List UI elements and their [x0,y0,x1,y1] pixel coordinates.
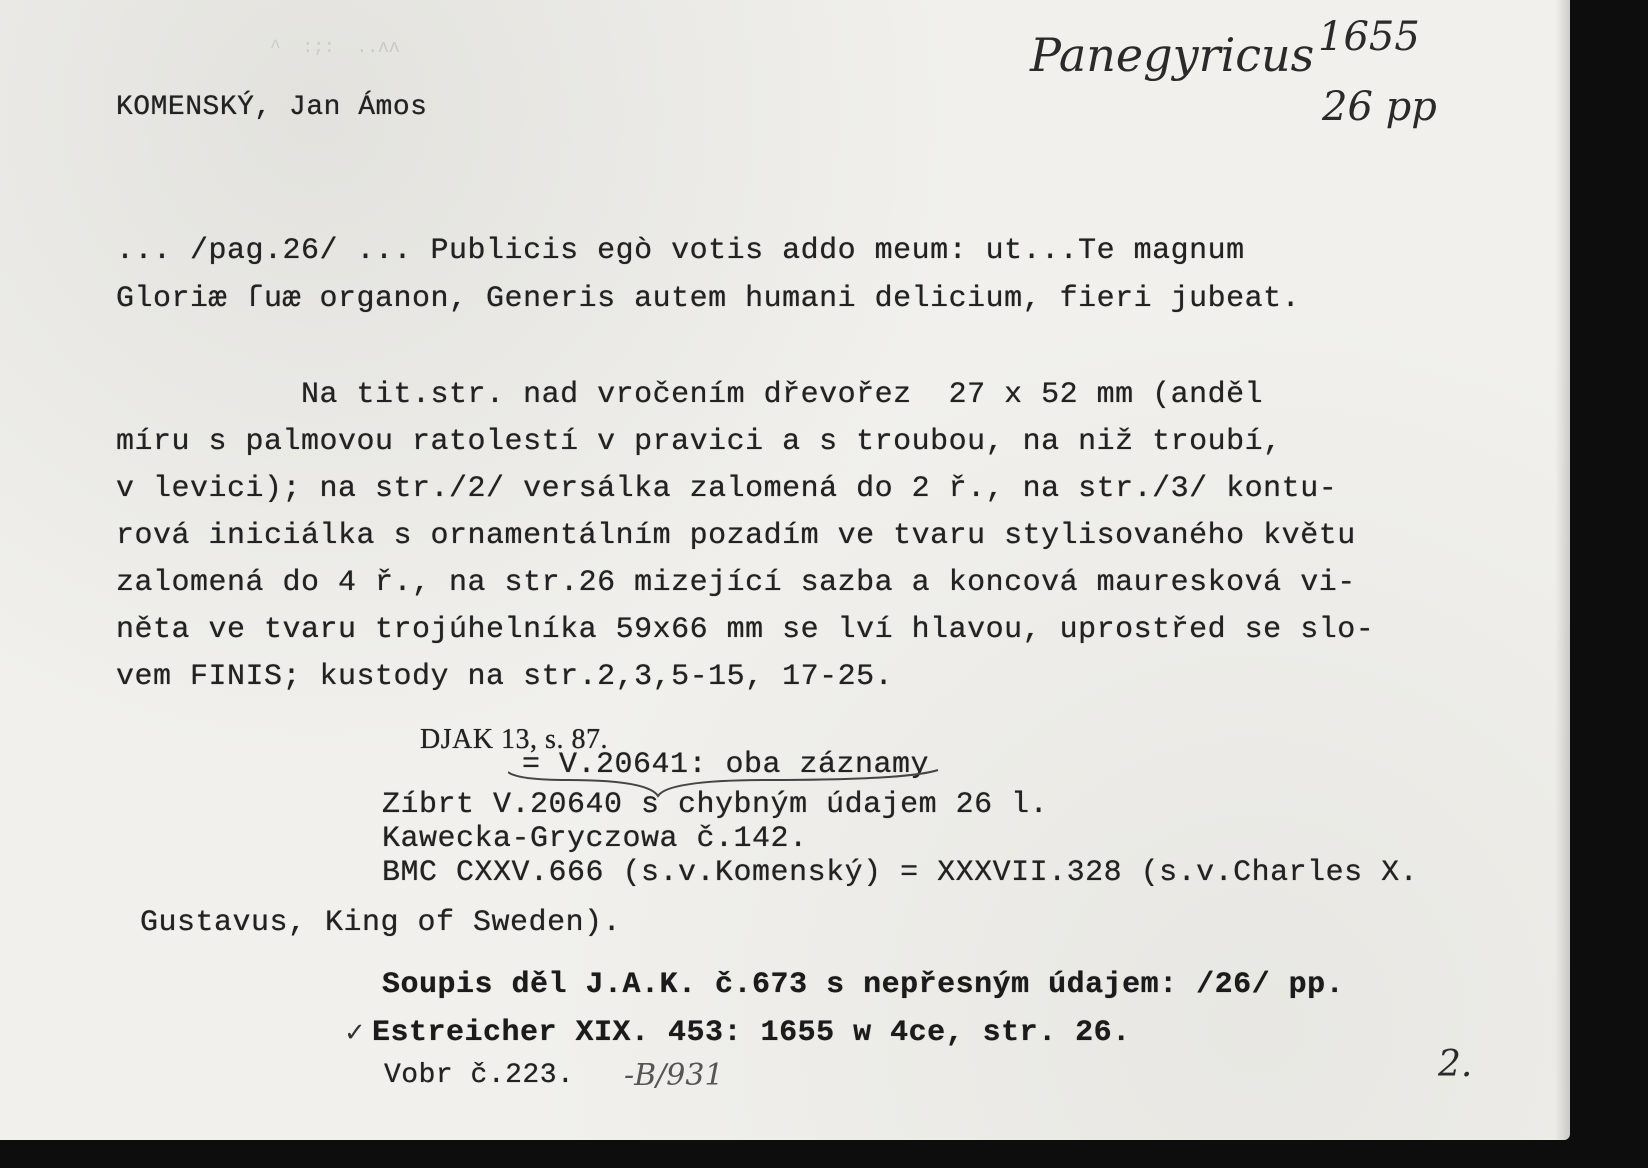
handwritten-title: Panegyricus [1030,28,1314,82]
ref-vobr: Vobr č.223. [384,1060,574,1091]
quote-line-1: ... /pag.26/ ... Publicis egò votis addo… [116,234,1245,268]
catalog-card: ^ :;: ..ʌʌ KOMENSKÝ, Jan Ámos Panegyricu… [0,0,1570,1140]
quote-line-2: Gloriæ ſuæ organon, Generis autem humani… [116,282,1300,316]
description-line-6: něta ve tvaru trojúhelníka 59x66 mm se l… [116,613,1374,647]
ref-estreicher: Estreicher XIX. 453: 1655 w 4ce, str. 26… [372,1016,1131,1050]
handwritten-card-number: 2. [1438,1044,1472,1085]
check-mark-icon: ✓ [344,1018,366,1048]
card-edge-shadow [1555,0,1570,1140]
ref-soupis: Soupis děl J.A.K. č.673 s nepřesným údaj… [382,968,1344,1002]
ref-kawecka: Kawecka-Gryczowa č.142. [382,822,808,856]
description-line-1: Na tit.str. nad vročením dřevořez 27 x 5… [116,378,1263,412]
ref-zibrt: Zíbrt V.20640 s chybným údajem 26 l. [382,788,1048,822]
description-line-3: v levici); na str./2/ versálka zalomená … [116,472,1337,506]
faint-bleedthrough-text: ^ :;: ..ʌʌ [270,38,400,58]
handwritten-year: 1655 [1318,14,1420,60]
handwritten-pages: 26 pp [1322,84,1437,130]
ref-bmc-line-1: BMC CXXV.666 (s.v.Komenský) = XXXVII.328… [382,856,1418,890]
description-line-2: míru s palmovou ratolestí v pravici a s … [116,425,1282,459]
description-line-4: rová iniciálka s ornamentálním pozadím v… [116,519,1356,553]
description-line-5: zalomená do 4 ř., na str.26 mizející saz… [116,566,1356,600]
card-heading-author: KOMENSKÝ, Jan Ámos [116,92,427,123]
description-line-7: vem FINIS; kustody na str.2,3,5-15, 17-2… [116,660,893,694]
ref-bmc-line-2: Gustavus, King of Sweden). [140,906,621,940]
handwritten-vobr-note: -B/931 [624,1058,724,1093]
